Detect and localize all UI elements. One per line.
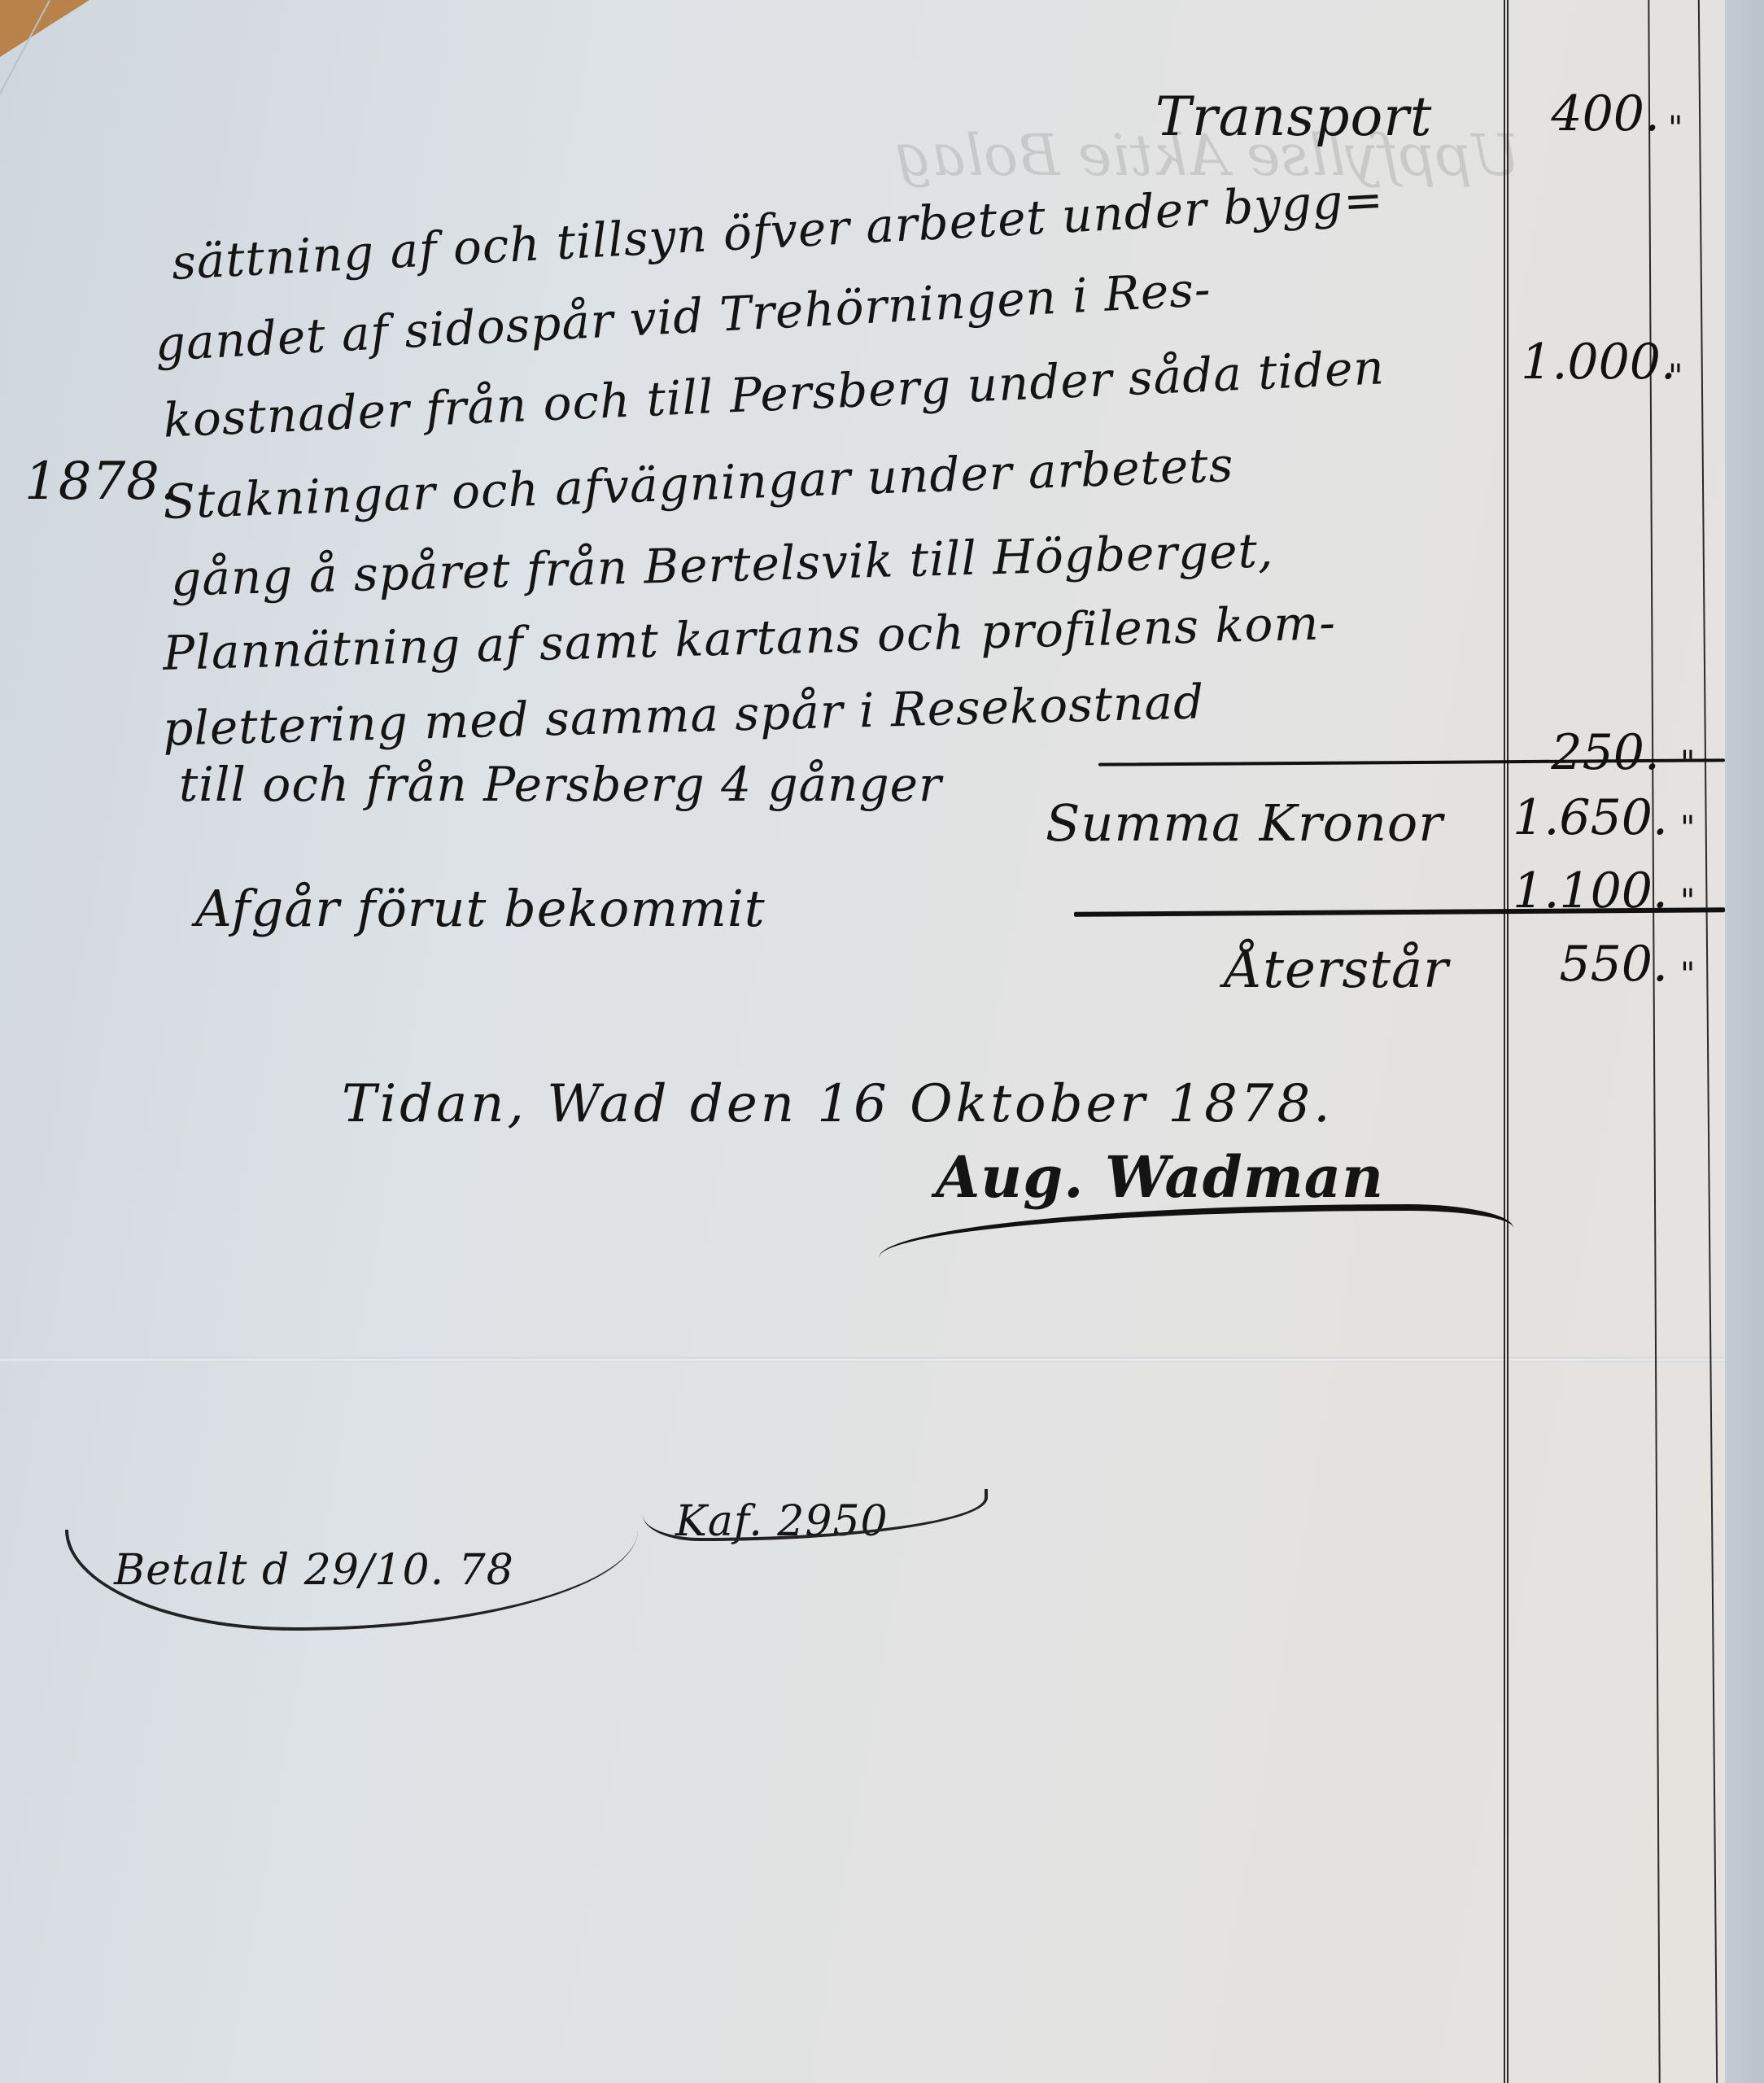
total-label: Summa Kronor — [1046, 793, 1443, 853]
deduction-label: Afgår förut bekommit — [195, 879, 766, 938]
entry-2-ditto: " — [1680, 745, 1695, 782]
balance-ditto: " — [1680, 956, 1695, 993]
total-amount: 1.650. — [1505, 789, 1668, 846]
signature: Aug. Wadman — [936, 1143, 1384, 1211]
total-ditto: " — [1680, 810, 1695, 847]
entry-1-amount: 1.000. — [1513, 334, 1676, 391]
transport-amount: 400. — [1497, 85, 1660, 142]
place-date: Tidan, Wad den 16 Oktober 1878. — [342, 1074, 1334, 1134]
deduction-ditto: " — [1680, 883, 1695, 920]
entry-2-year: 1878. — [24, 452, 177, 512]
page-edge — [1725, 0, 1764, 2083]
entry-1-ditto: " — [1668, 358, 1683, 395]
entry-2-line-5: till och från Persberg 4 gånger — [179, 757, 942, 812]
transport-ditto: " — [1668, 110, 1683, 147]
amount-column-divider — [1504, 0, 1509, 2083]
entry-2-amount: 250. — [1497, 724, 1660, 781]
transport-label: Transport — [1155, 85, 1432, 148]
balance-amount: 550. — [1505, 936, 1668, 993]
balance-label: Återstår — [1225, 940, 1449, 1000]
fold-line — [0, 1357, 1725, 1362]
